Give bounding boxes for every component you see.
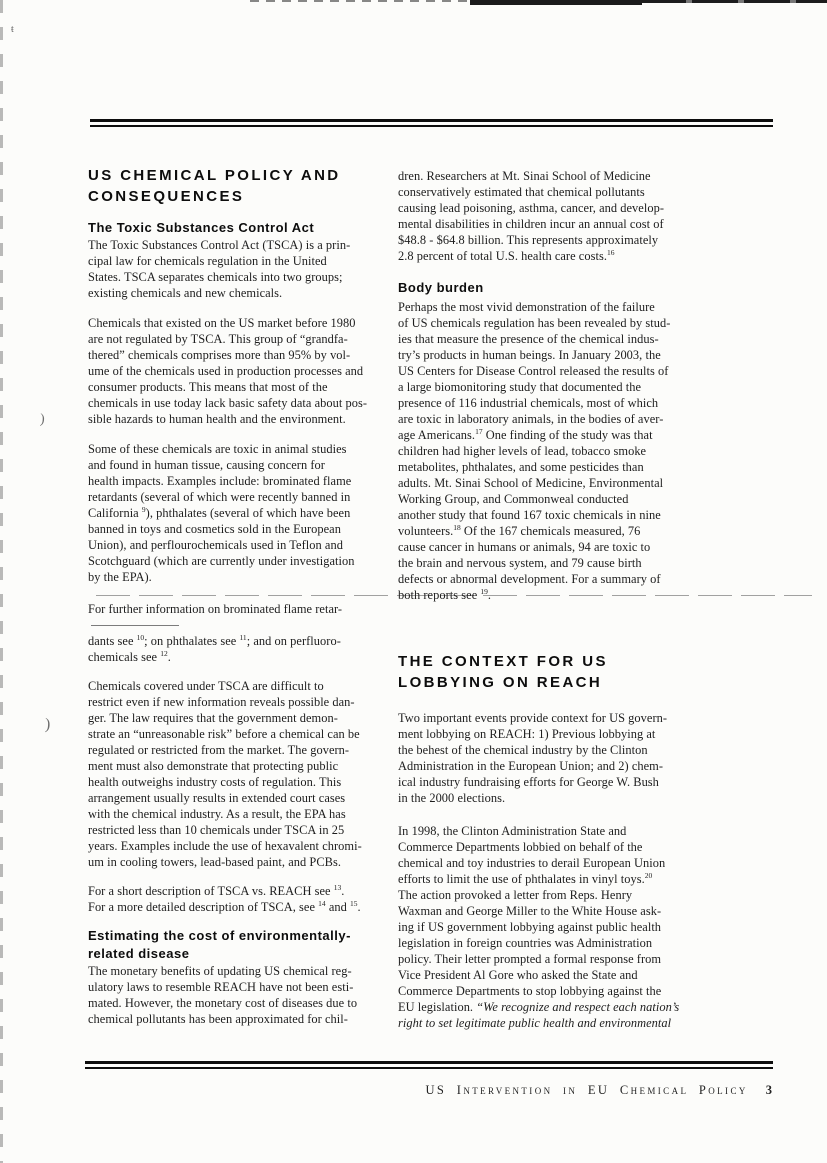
paragraph-two-events: Two important events provide context for… [398,710,732,806]
paragraph-1998-lobbying: In 1998, the Clinton Administration Stat… [398,823,732,1031]
margin-artifact-1: ) [39,412,45,428]
footnote-pointer-tsca-reach: For a short description of TSCA vs. REAC… [88,883,402,915]
section-heading-us-chemical-policy: US CHEMICAL POLICY AND CONSEQUENCES [88,165,402,207]
paragraph-tsca-intro: The Toxic Substances Control Act (TSCA) … [88,237,402,301]
left-column: US CHEMICAL POLICY AND CONSEQUENCES The … [88,165,402,1027]
paragraph-health-care-costs: dren. Researchers at Mt. Sinai School of… [398,168,732,264]
paragraph-biomonitoring: Perhaps the most vivid demonstration of … [398,299,732,603]
running-title: US Intervention in EU Chemical Policy [425,1083,747,1097]
header-rule [90,119,773,127]
subsection-heading-tsca: The Toxic Substances Control Act [88,219,402,237]
document-page: ŧ ) ) US CHEMICAL POLICY AND CONSEQUENCE… [0,0,827,1163]
scan-edge-top-left [250,0,472,2]
page-footer: US Intervention in EU Chemical Policy3 [88,1083,772,1098]
page-number: 3 [766,1083,772,1097]
right-column: dren. Researchers at Mt. Sinai School of… [398,165,732,1031]
section-heading-context-reach: THE CONTEXT FOR US LOBBYING ON REACH [398,651,732,693]
paragraph-grandfathered-chemicals: Chemicals that existed on the US market … [88,315,402,427]
scan-edge-top-right [640,0,827,3]
scan-edge-top-middle [470,0,642,5]
paragraph-monetary-cost: The monetary benefits of updating US che… [88,963,402,1027]
subsection-heading-cost-of-disease: Estimating the cost of environmentally- … [88,927,402,963]
margin-artifact-2: ) [45,716,51,734]
scan-edge-left [0,0,3,1163]
paragraph-toxic-examples: Some of these chemicals are toxic in ani… [88,441,402,585]
scan-speck: ŧ [11,24,14,35]
footnote-pointer-brominated: For further information on brominated fl… [88,601,402,665]
subsection-heading-body-burden: Body burden [398,279,732,297]
footer-rule [85,1061,773,1069]
paragraph-tsca-restrictions: Chemicals covered under TSCA are difficu… [88,678,402,870]
